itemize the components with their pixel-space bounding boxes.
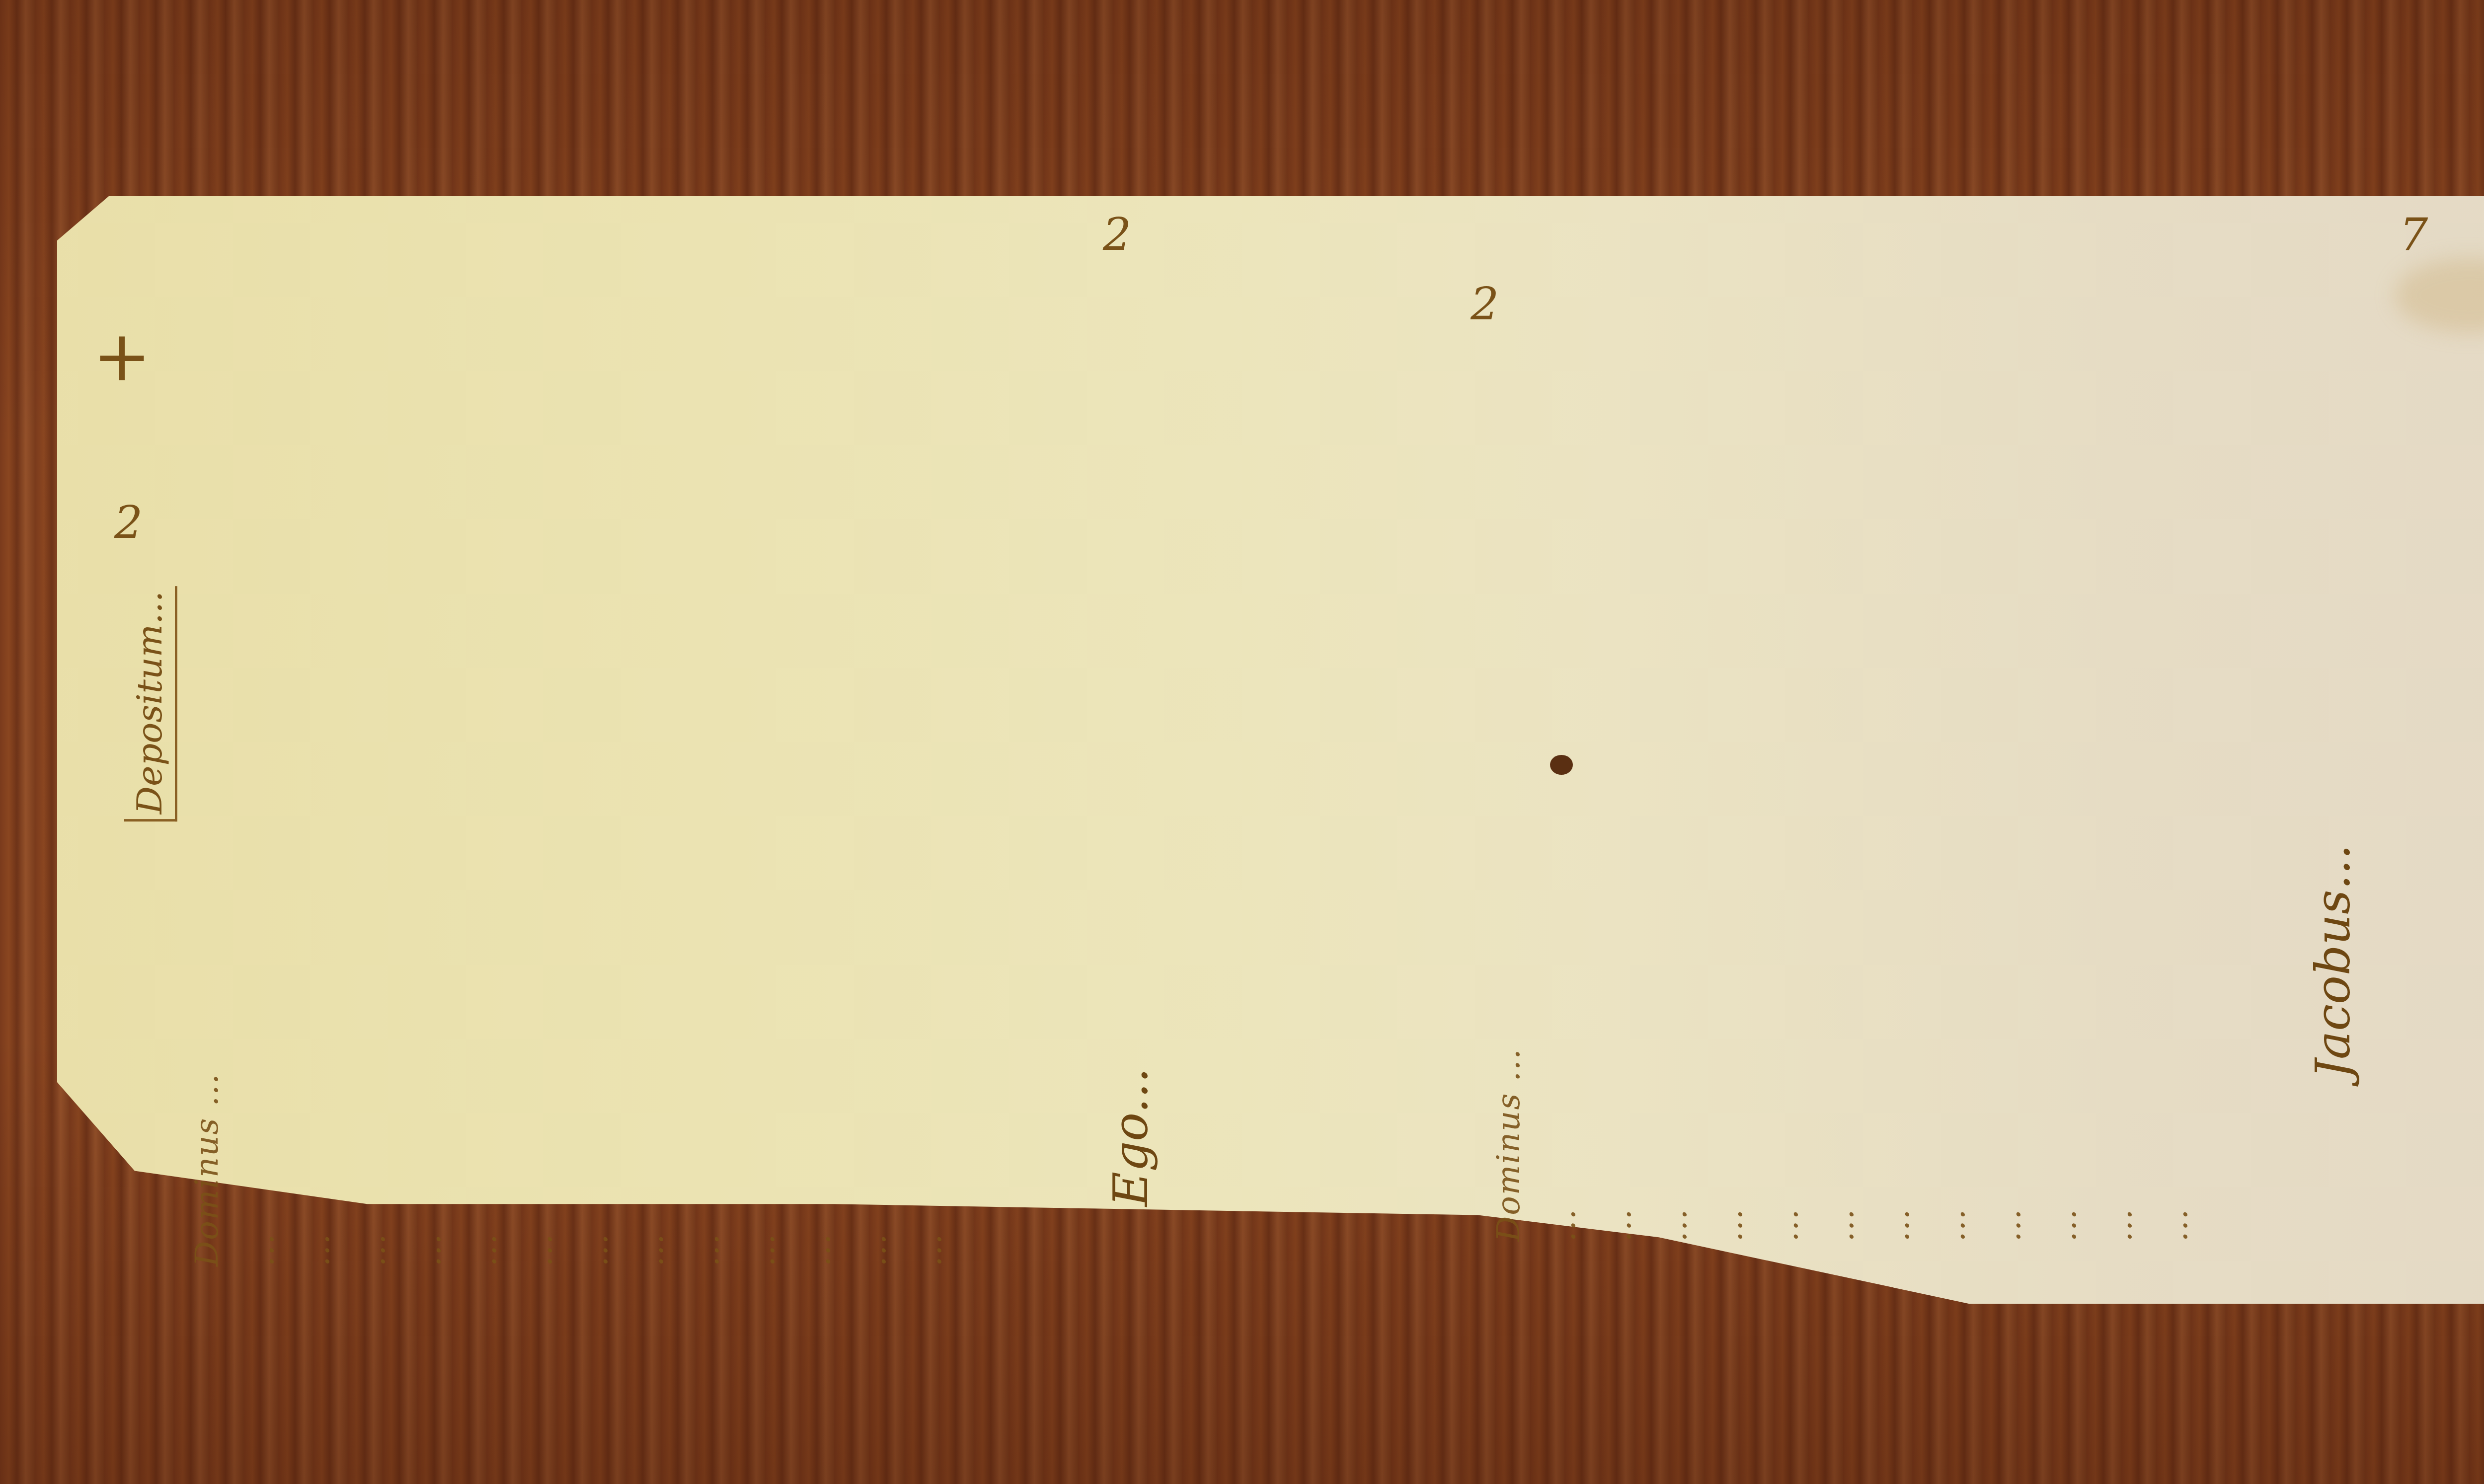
text-line: ... bbox=[1657, 348, 1694, 1242]
marginal-numeral-middle: 2 bbox=[1103, 209, 1131, 261]
text-line: ... bbox=[244, 596, 281, 1266]
text-line: ... bbox=[801, 596, 838, 1266]
text-line: ... bbox=[1769, 348, 1805, 1242]
left-signature: Ego... bbox=[1103, 1068, 1159, 1206]
text-line: ... bbox=[1936, 348, 1972, 1242]
text-line: ... bbox=[2047, 348, 2084, 1242]
text-line: ... bbox=[578, 596, 615, 1266]
closing-signature: Jacobus... bbox=[2305, 844, 2361, 1078]
text-line: ... bbox=[634, 596, 671, 1266]
text-line: Dominus ... bbox=[1490, 348, 1527, 1242]
marginal-numeral-top-right: 7 bbox=[2400, 209, 2428, 261]
right-page-text: Dominus ... ... ... ... ... ... ... ... … bbox=[1490, 348, 2214, 1242]
left-page-text: Dominus ... ... ... ... ... ... ... ... … bbox=[189, 596, 968, 1266]
marginal-numeral-right: 2 bbox=[1471, 278, 1499, 330]
text-line: ... bbox=[411, 596, 448, 1266]
text-line: ... bbox=[1991, 348, 2028, 1242]
marginal-numeral-left: 2 bbox=[114, 497, 143, 549]
text-line: ... bbox=[745, 596, 782, 1266]
text-line: ... bbox=[356, 596, 392, 1266]
text-line: ... bbox=[1602, 348, 1638, 1242]
text-line: ... bbox=[2102, 348, 2139, 1242]
text-line: ... bbox=[2158, 348, 2195, 1242]
text-line: ... bbox=[690, 596, 726, 1266]
text-line: ... bbox=[912, 596, 949, 1266]
text-line: ... bbox=[523, 596, 559, 1266]
text-line: Dominus ... bbox=[189, 596, 226, 1266]
text-line: ... bbox=[1880, 348, 1917, 1242]
text-line: ... bbox=[1546, 348, 1583, 1242]
text-line: ... bbox=[1713, 348, 1750, 1242]
text-line: ... bbox=[467, 596, 504, 1266]
text-line: ... bbox=[856, 596, 893, 1266]
left-page-heading: Depositum... bbox=[124, 586, 177, 821]
text-line: ... bbox=[300, 596, 337, 1266]
cross-mark: + bbox=[83, 329, 164, 387]
text-line: ... bbox=[1824, 348, 1861, 1242]
